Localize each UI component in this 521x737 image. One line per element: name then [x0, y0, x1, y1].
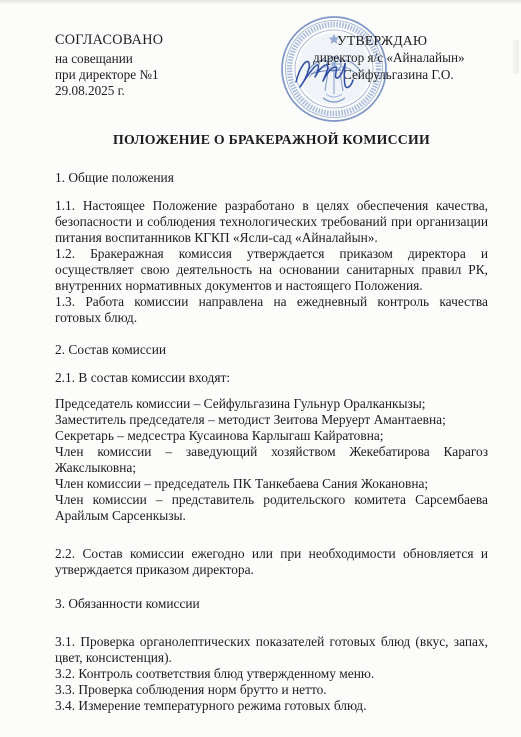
document-title: ПОЛОЖЕНИЕ О БРАКЕРАЖНОЙ КОМИССИИ [55, 132, 488, 148]
agreed-block: СОГЛАСОВАНО на совещании при директоре №… [55, 32, 163, 99]
agreed-label: СОГЛАСОВАНО [55, 32, 163, 48]
approved-label: УТВЕРЖДАЮ [313, 32, 465, 49]
paragraph-2-1: 2.1. В состав комиссии входят: [55, 370, 488, 386]
signature-icon [291, 54, 357, 94]
paragraph-2-2: 2.2. Состав комиссии ежегодно или при не… [55, 546, 488, 578]
member-household-manager: Член комиссии – заведующий хозяйством Же… [55, 444, 488, 476]
document-header: СОГЛАСОВАНО на совещании при директоре №… [0, 0, 521, 124]
agreed-date: 29.08.2025 г. [55, 83, 163, 99]
member-chairman: Председатель комиссии – Сейфульгазина Гу… [55, 396, 488, 412]
paragraph-1-2: 1.2. Бракеражная комиссия утверждается п… [55, 246, 488, 294]
agreed-line-meeting: на совещании [55, 51, 163, 67]
duty-3-2: 3.2. Контроль соответствия блюд утвержде… [55, 666, 488, 682]
member-secretary: Секретарь – медсестра Кусаинова Карлыгаш… [55, 428, 488, 444]
paragraph-1-1: 1.1. Настоящее Положение разработано в ц… [55, 198, 488, 246]
duty-3-4: 3.4. Измерение температурного режима гот… [55, 698, 488, 714]
member-deputy-chairman: Заместитель председателя – методист Зеит… [55, 412, 488, 428]
member-pk-chairman: Член комиссии – председатель ПК Танкебае… [55, 476, 488, 492]
section-3-heading: 3. Обязанности комиссии [55, 596, 488, 612]
paragraph-1-3: 1.3. Работа комиссии направлена на ежедн… [55, 294, 488, 326]
duty-3-3: 3.3. Проверка соблюдения норм брутто и н… [55, 682, 488, 698]
agreed-line-director: при директоре №1 [55, 67, 163, 83]
member-parent-committee: Член комиссии – представитель родительск… [55, 492, 488, 524]
document-body: ПОЛОЖЕНИЕ О БРАКЕРАЖНОЙ КОМИССИИ 1. Общи… [0, 132, 521, 714]
document-page: СОГЛАСОВАНО на совещании при директоре №… [0, 0, 521, 737]
commission-members-list: Председатель комиссии – Сейфульгазина Гу… [55, 396, 488, 524]
section-1-heading: 1. Общие положения [55, 170, 488, 186]
duties-list: 3.1. Проверка органолептических показате… [55, 634, 488, 714]
duty-3-1: 3.1. Проверка органолептических показате… [55, 634, 488, 666]
section-2-heading: 2. Состав комиссии [55, 342, 488, 358]
